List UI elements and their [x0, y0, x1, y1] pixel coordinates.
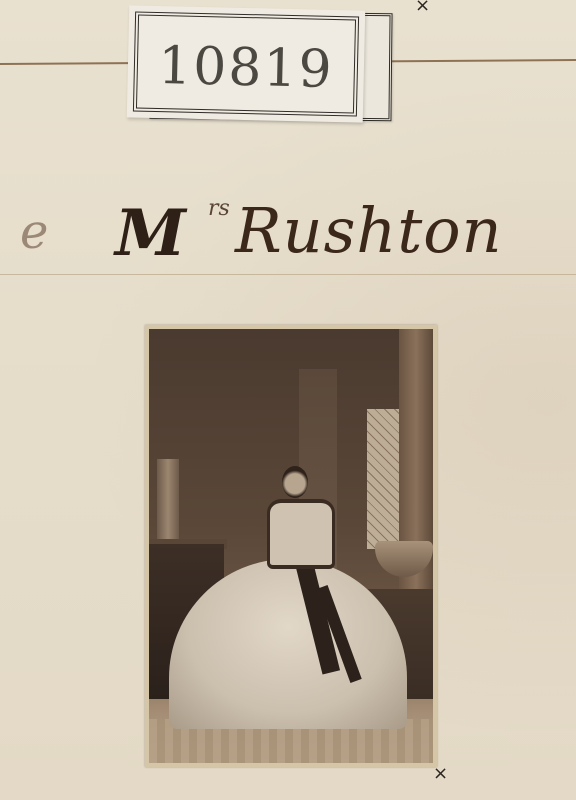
mantel-column: [157, 459, 179, 544]
handwritten-inscription: e M rs Rushton: [20, 186, 560, 286]
leaded-window: [367, 409, 399, 549]
catalog-number: 10819: [127, 35, 364, 100]
catalog-label: 10819: [127, 5, 365, 122]
inscription-flourish: e: [20, 204, 48, 260]
photograph-mount: [145, 325, 437, 767]
cross-mark-icon: ×: [415, 0, 430, 15]
sitter-head: [282, 466, 308, 498]
inscription-surname: Rushton: [235, 194, 503, 267]
inscription-title: M: [115, 196, 186, 271]
dress-bodice: [267, 499, 335, 569]
portrait-photograph: [149, 329, 433, 763]
cross-mark-icon: ×: [433, 765, 448, 783]
inscription-title-superscript: rs: [208, 196, 230, 221]
